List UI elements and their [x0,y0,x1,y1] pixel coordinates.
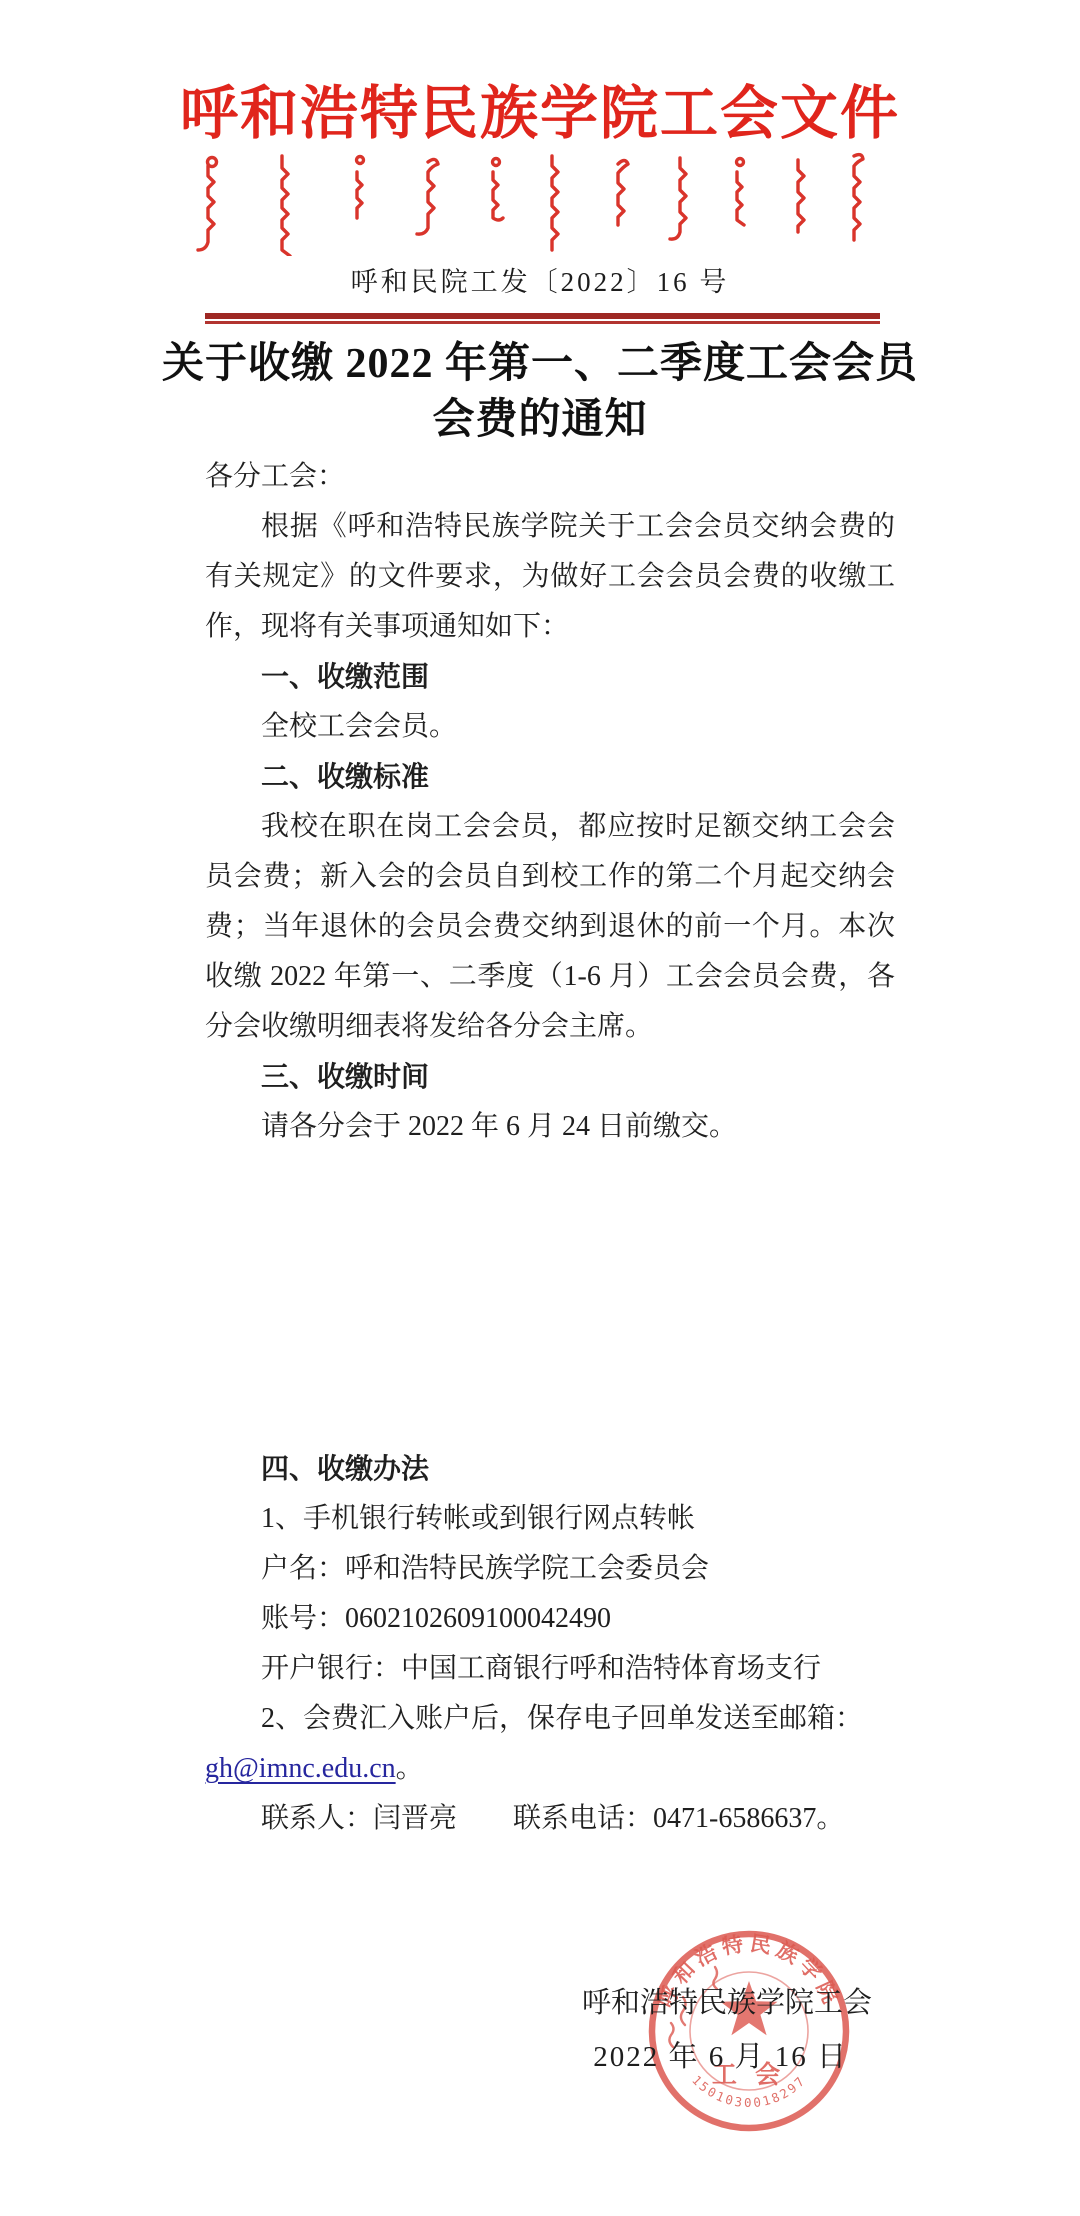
contact-phone: 联系电话：0471-6586637。 [513,1803,844,1834]
mongolian-word [798,160,804,232]
section-3-text: 请各分会于 2022 年 6 月 24 日前缴交。 [205,1102,895,1152]
mongolian-word [618,161,628,226]
mongolian-word [493,159,504,221]
email-link[interactable]: gh@imnc.edu.cn [205,1753,396,1784]
section-2-heading: 二、收缴标准 [205,752,895,802]
mongolian-word [552,156,558,250]
doc-title-line2: 会费的通知 [0,392,1080,448]
mongolian-word [854,155,863,240]
method-2: 2、会费汇入账户后，保存电子回单发送至邮箱： [205,1694,895,1744]
red-divider-rule-thin [205,321,880,324]
doc-title: 关于收缴 2022 年第一、二季度工会会员 会费的通知 [0,336,1080,448]
doc-number: 呼和民院工发〔2022〕16 号 [0,260,1080,299]
org-title: 呼和浩特民族学院工会文件 [0,66,1080,150]
red-divider-rule [205,313,880,324]
intro-paragraph: 根据《呼和浩特民族学院关于工会会员交纳会费的有关规定》的文件要求，为做好工会会员… [205,502,895,652]
document-body: 各分工会： 根据《呼和浩特民族学院关于工会会员交纳会费的有关规定》的文件要求，为… [205,452,895,1844]
account-number: 账号：0602102609100042490 [205,1594,895,1644]
salutation: 各分工会： [205,452,895,502]
account-name: 户名：呼和浩特民族学院工会委员会 [205,1544,895,1594]
contact-person: 联系人：闫晋亮 [261,1803,457,1834]
signature-block: 呼和浩特民族学院工会 2022 年 6 月 16 日 [0,1983,1080,2077]
section-1-text: 全校工会会员。 [205,702,895,752]
mongolian-word [357,157,364,219]
email-suffix: 。 [396,1753,424,1784]
section-4-heading: 四、收缴办法 [205,1444,895,1494]
section-1-heading: 一、收缴范围 [205,652,895,702]
mongolian-word [417,159,438,234]
contact-line: 联系人：闫晋亮联系电话：0471-6586637。 [205,1794,895,1844]
method-1: 1、手机银行转帐或到银行网点转帐 [205,1494,895,1544]
section-2-text: 我校在职在岗工会会员，都应按时足额交纳工会会员会费；新入会的会员自到校工作的第二… [205,802,895,1052]
signature-date: 2022 年 6 月 16 日 [0,2037,1080,2077]
mongolian-script-band [190,152,890,256]
mongolian-word [198,158,217,251]
doc-title-line1: 关于收缴 2022 年第一、二季度工会会员 [0,336,1080,392]
document-page: 呼和浩特民族学院工会文件 [0,0,1080,2216]
signature-org: 呼和浩特民族学院工会 [0,1983,1080,2023]
mongolian-word [670,158,686,239]
mongolian-word [737,159,745,226]
bank-name: 开户银行：中国工商银行呼和浩特体育场支行 [205,1644,895,1694]
mongolian-word [282,156,290,256]
section-3-heading: 三、收缴时间 [205,1052,895,1102]
email-line: gh@imnc.edu.cn。 [205,1744,895,1794]
page-gap [205,1152,895,1444]
